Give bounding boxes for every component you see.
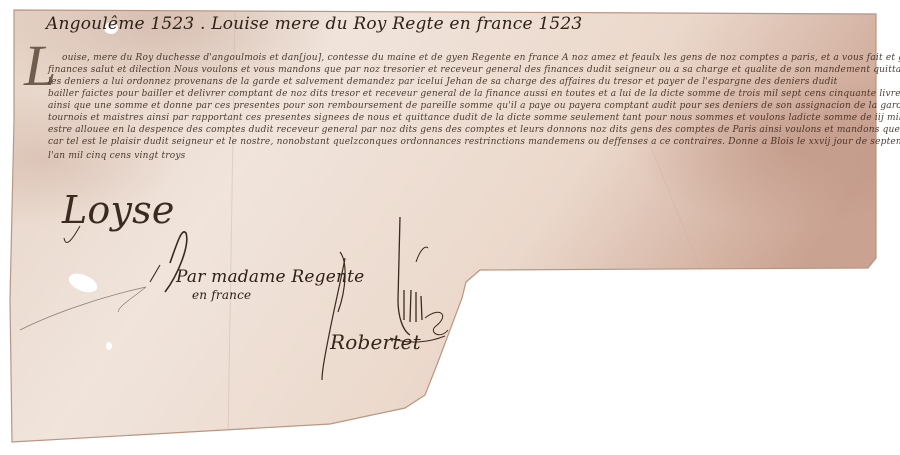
- punch-hole-small: [106, 342, 112, 350]
- countersign-line-2: en france: [192, 288, 251, 302]
- body-line-4: bailler faictes pour bailler et delivrer…: [48, 88, 900, 100]
- document-scan: Angoulême 1523 . Louise mere du Roy Regt…: [0, 0, 900, 455]
- body-line-3: les deniers a lui ordonnez provenans de …: [48, 76, 837, 88]
- body-line-6: tournois et maistres ainsi par rapportan…: [48, 112, 900, 124]
- body-line-7: estre allouee en la despence des comptes…: [48, 124, 900, 136]
- body-line-5: ainsi que une somme et donne par ces pre…: [48, 100, 900, 112]
- body-line-8: car tel est le plaisir dudit seigneur et…: [48, 136, 900, 148]
- body-line-9: l'an mil cinq cens vingt troys: [48, 150, 185, 162]
- document-heading: Angoulême 1523 . Louise mere du Roy Regt…: [46, 14, 582, 34]
- body-line-1: ouise, mere du Roy duchesse d'angoulmois…: [62, 52, 900, 64]
- signature-louise: Loyse: [62, 188, 175, 232]
- signature-secretary: Robertet: [330, 330, 421, 354]
- body-line-2: finances salut et dilection Nous voulons…: [48, 64, 900, 76]
- countersign-line-1: Par madame Regente: [176, 267, 364, 287]
